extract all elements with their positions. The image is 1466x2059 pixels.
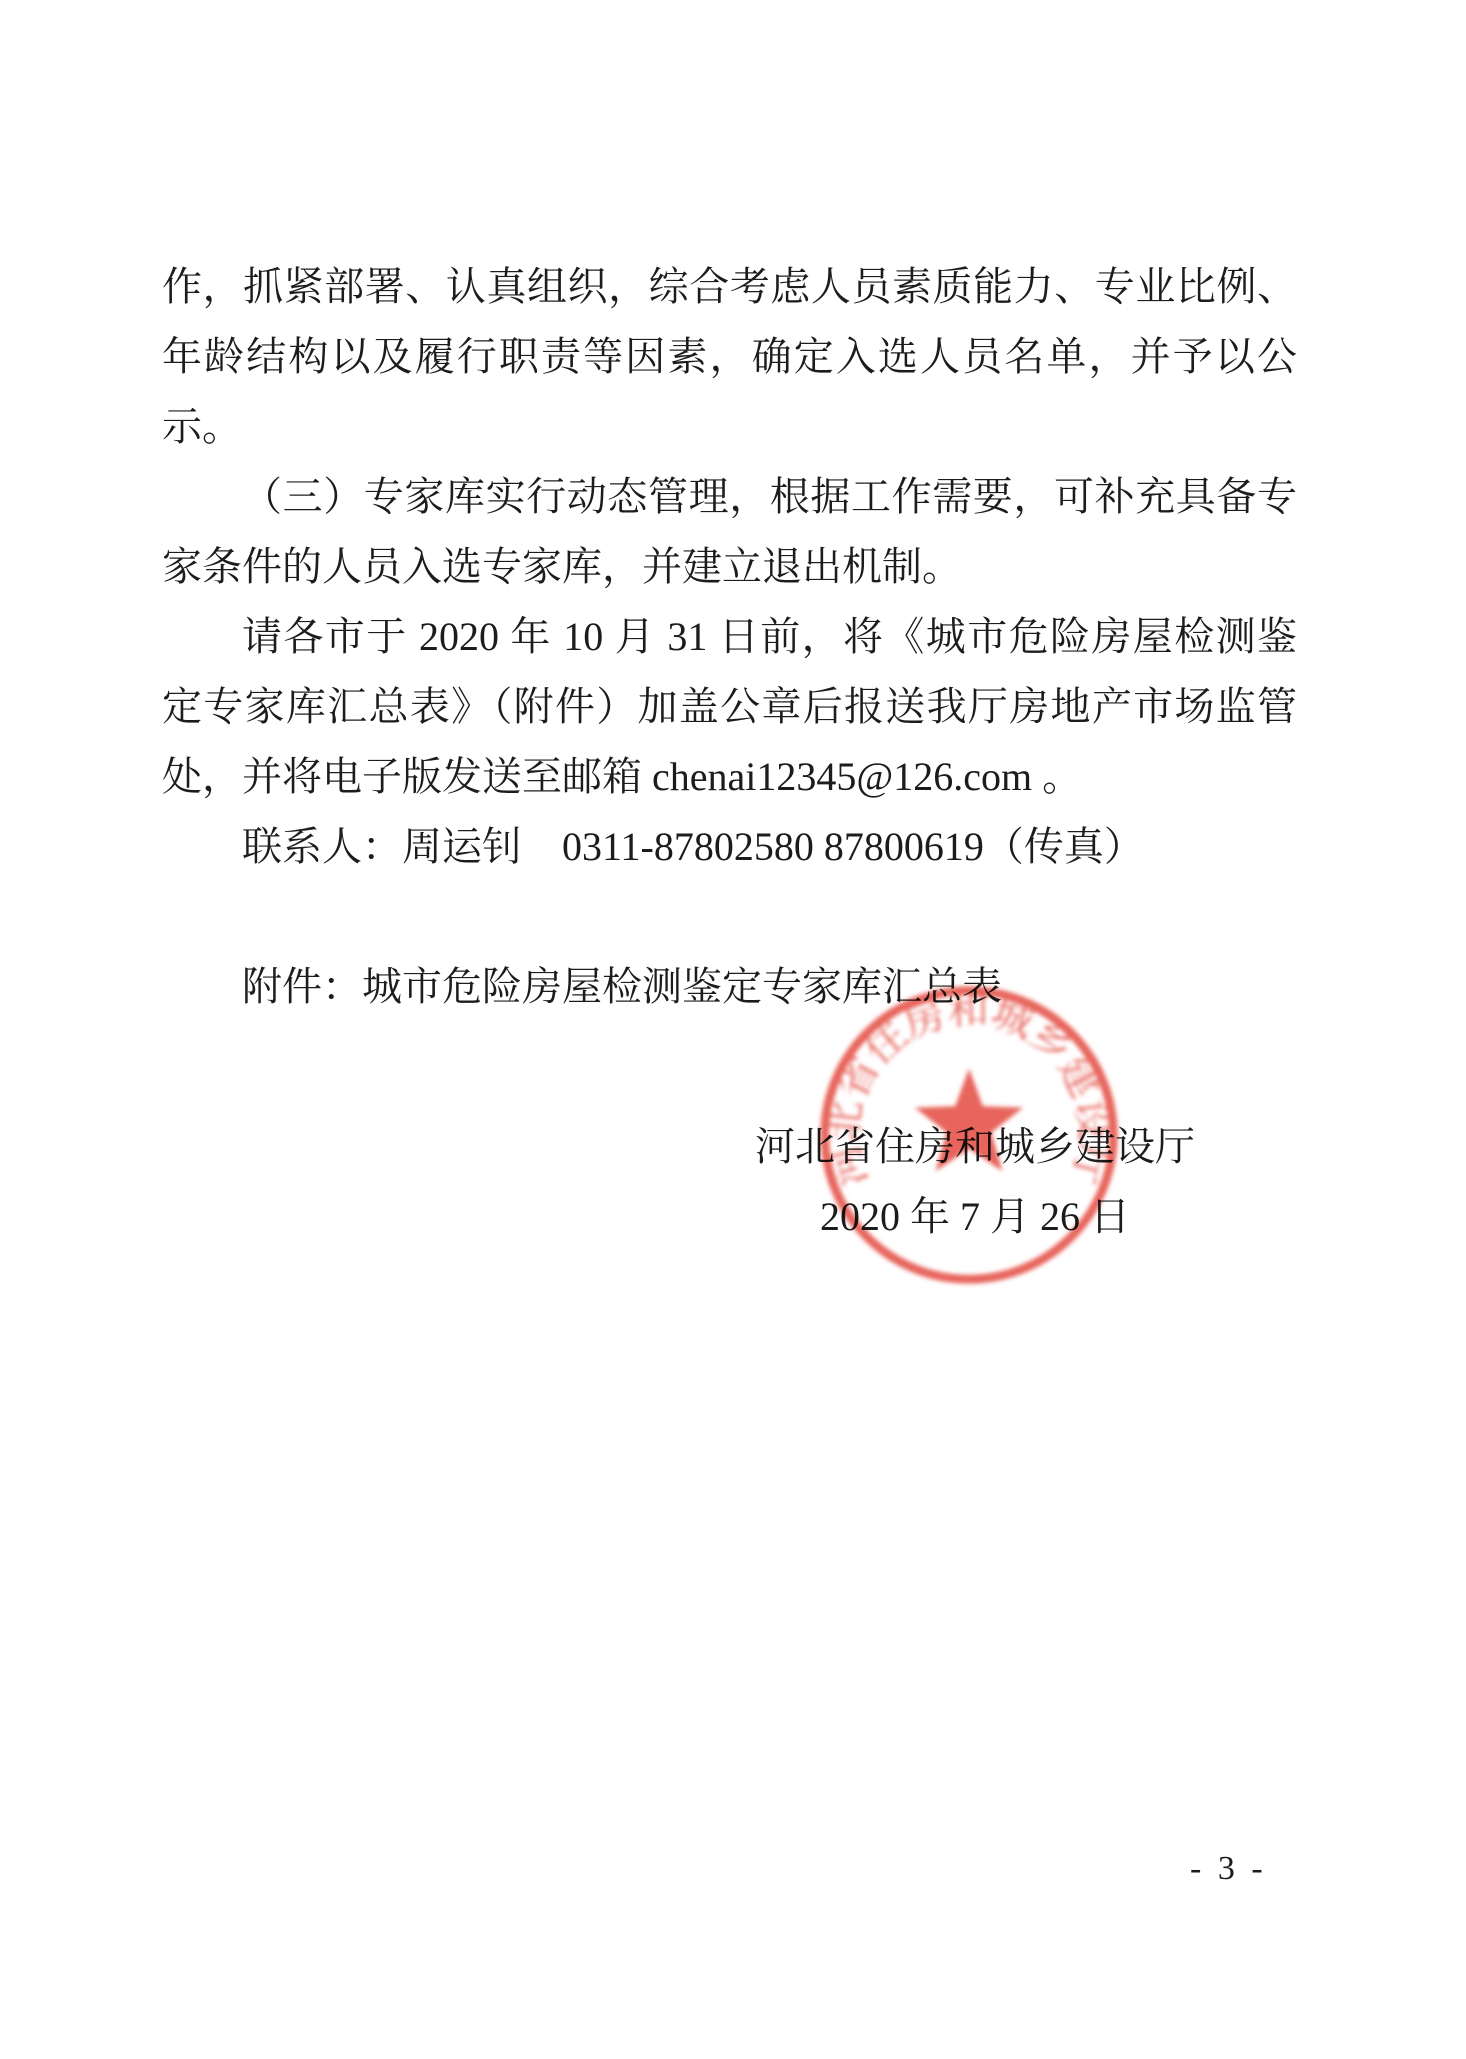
body-paragraph: 请各市于 2020 年 10 月 31 日前，将《城市危险房屋检测鉴定专家库汇总… bbox=[162, 602, 1297, 812]
signature-date: 2020 年 7 月 26 日 bbox=[745, 1182, 1205, 1252]
page-number: - 3 - bbox=[1190, 1850, 1350, 1888]
signature-department: 河北省住房和城乡建设厅 bbox=[745, 1112, 1205, 1182]
document-body: 作，抓紧部署、认真组织，综合考虑人员素质能力、专业比例、年龄结构以及履行职责等因… bbox=[162, 252, 1297, 1022]
body-paragraph: 联系人：周运钊 0311-87802580 87800619（传真） bbox=[162, 812, 1297, 882]
body-paragraph: （三）专家库实行动态管理，根据工作需要，可补充具备专家条件的人员入选专家库，并建… bbox=[162, 462, 1297, 602]
body-paragraph: 作，抓紧部署、认真组织，综合考虑人员素质能力、专业比例、年龄结构以及履行职责等因… bbox=[162, 252, 1297, 462]
signature-block: 河北省住房和城乡建设厅 2020 年 7 月 26 日 bbox=[745, 1112, 1205, 1252]
document-page: 作，抓紧部署、认真组织，综合考虑人员素质能力、专业比例、年龄结构以及履行职责等因… bbox=[0, 0, 1466, 2059]
attachment-line: 附件：城市危险房屋检测鉴定专家库汇总表 bbox=[162, 952, 1297, 1022]
